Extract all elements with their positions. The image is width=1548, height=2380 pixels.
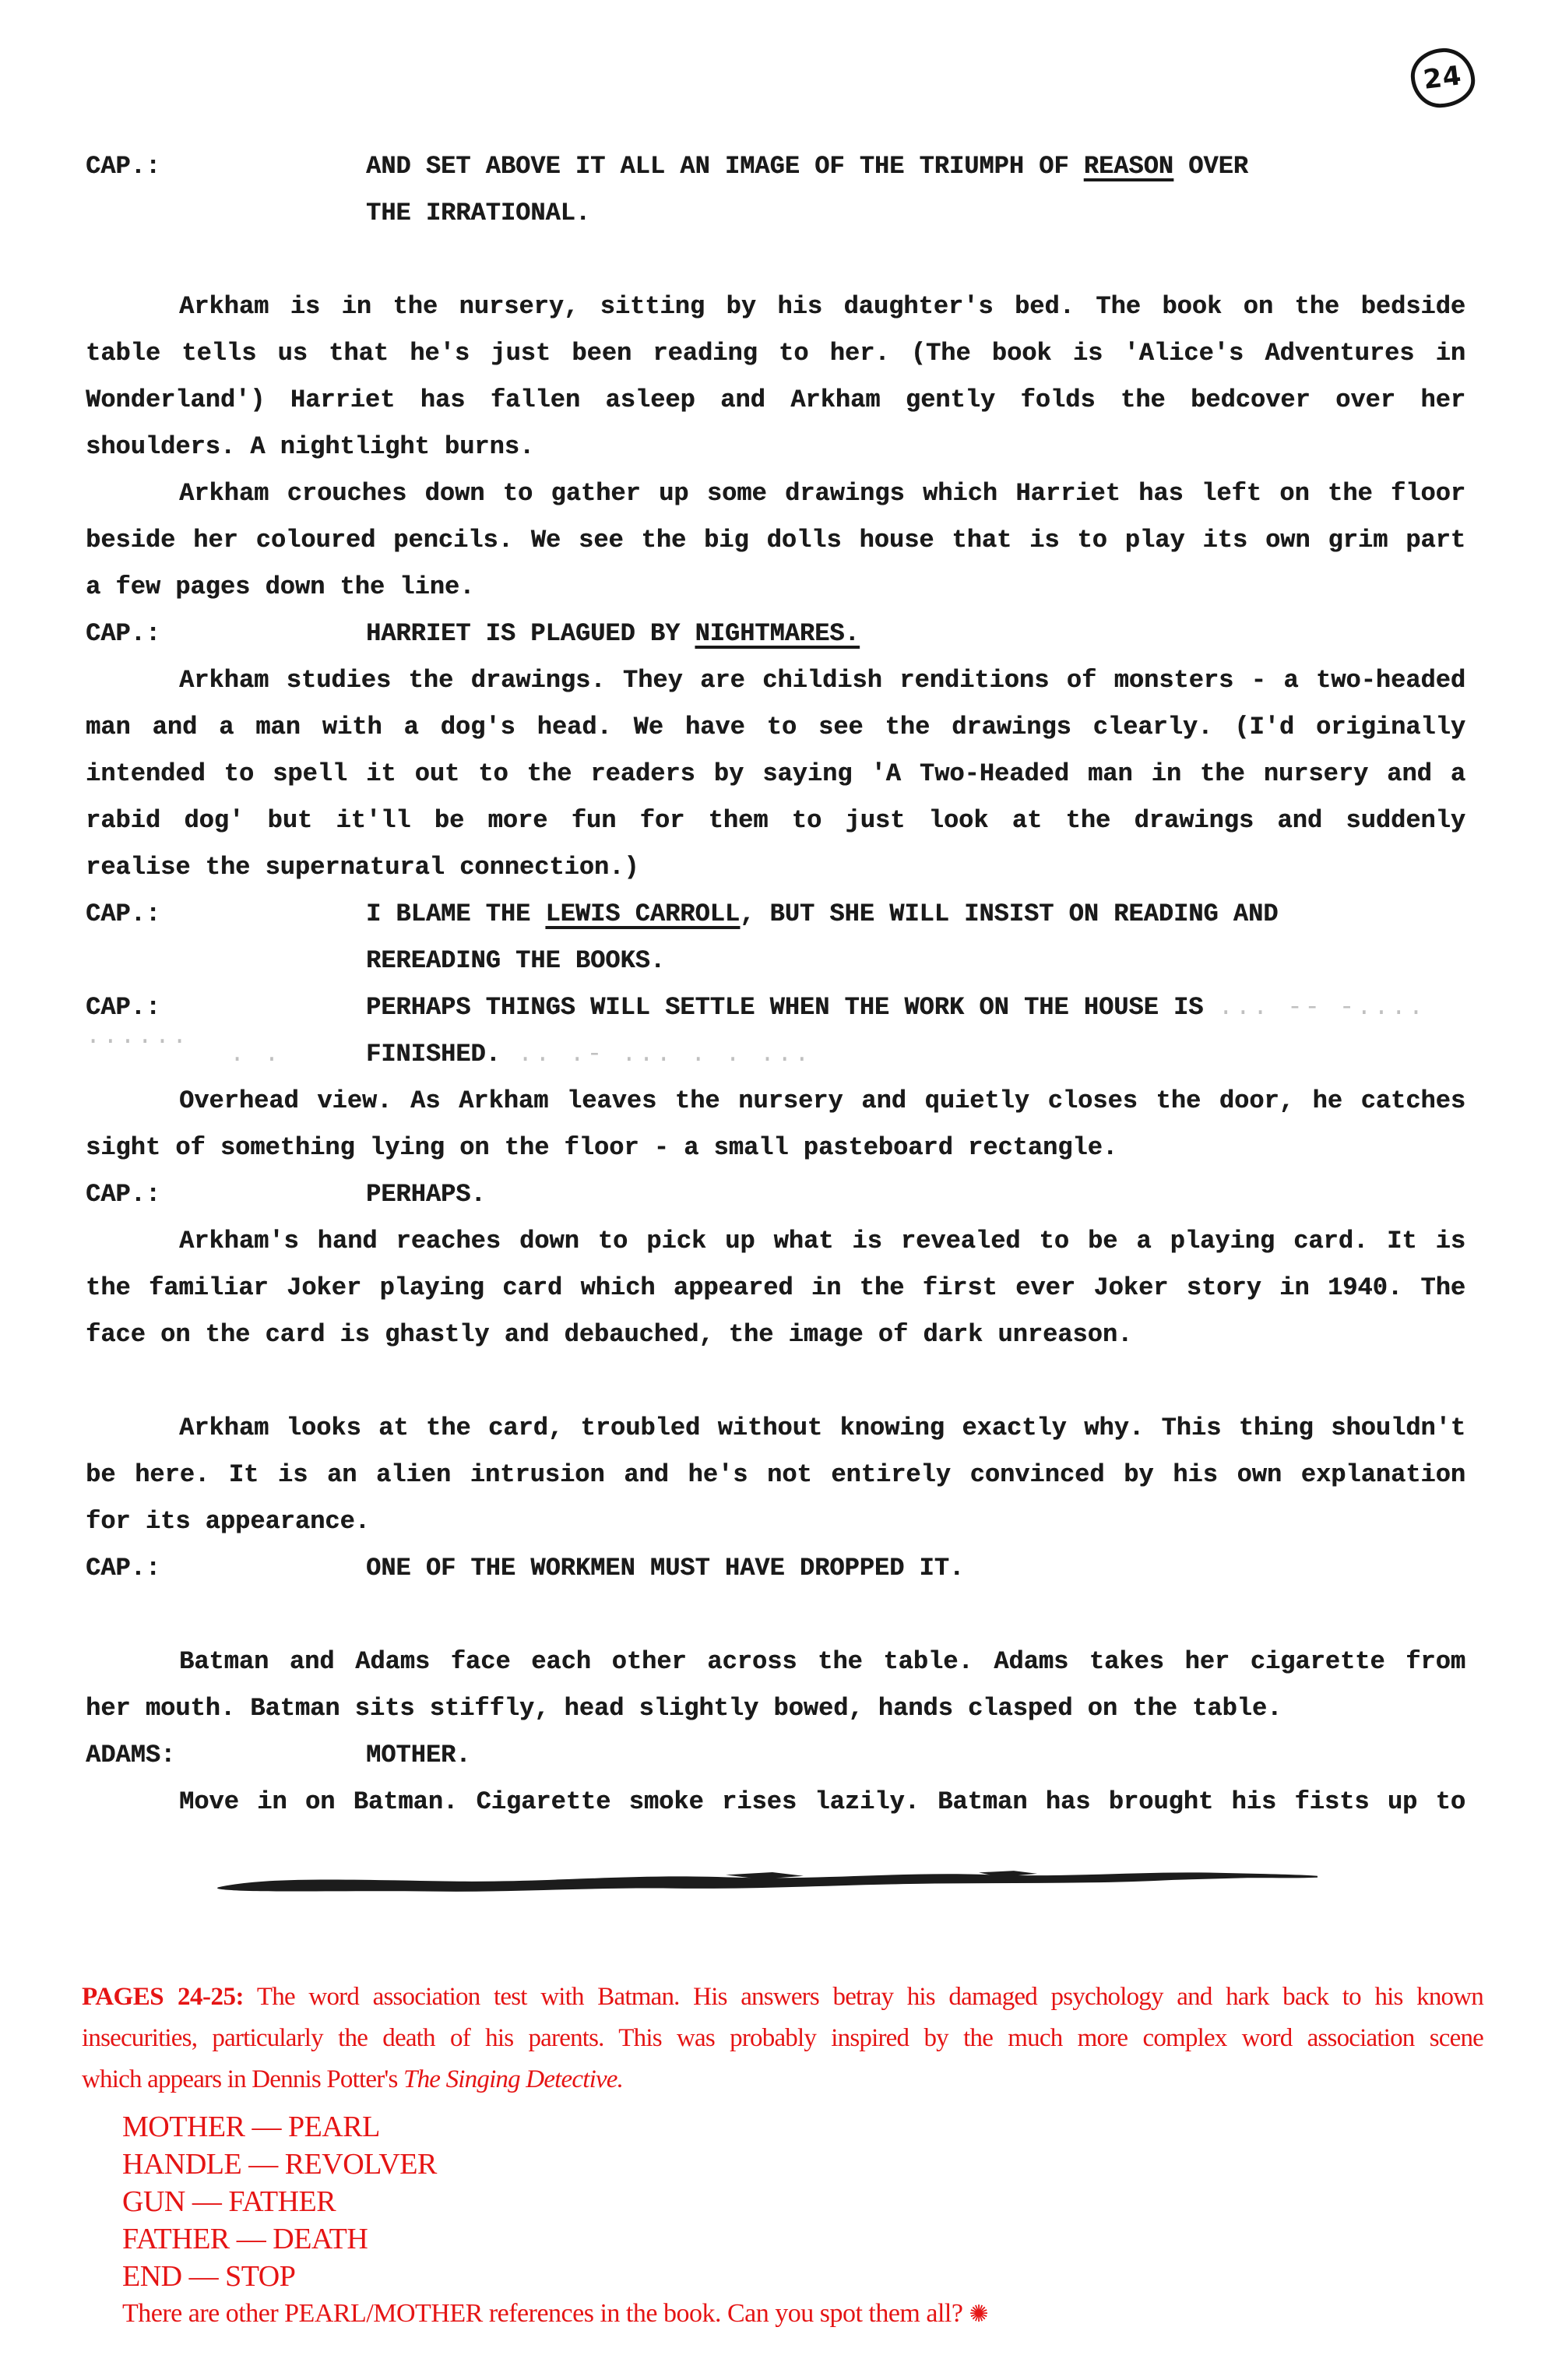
speaker-label: CAP.: (86, 993, 160, 1022)
script-line: Arkham's hand reaches down to pick up wh… (86, 1227, 1465, 1273)
script-line: CAP.:ONE OF THE WORKMEN MUST HAVE DROPPE… (86, 1554, 1465, 1600)
text-segment: OVER (1173, 152, 1248, 181)
text-segment: face on the card is ghastly and debauche… (86, 1320, 1132, 1349)
script-line: her mouth. Batman sits stiffly, head sli… (86, 1694, 1465, 1741)
annotation-text: insecurities, particularly the death of … (82, 2024, 1483, 2052)
script-line: THE IRRATIONAL. (86, 199, 1465, 245)
line-text: realise the supernatural connection.) (86, 853, 639, 882)
text-segment: be here. It is an alien intrusion and he… (86, 1460, 1465, 1489)
text-segment: Move in on Batman. Cigarette smoke rises… (179, 1787, 1465, 1816)
footer-text: There are other PEARL/MOTHER references … (122, 2299, 969, 2328)
line-text: be here. It is an alien intrusion and he… (86, 1460, 1465, 1489)
script-line: Batman and Adams face each other across … (86, 1647, 1465, 1694)
script-line: face on the card is ghastly and debauche… (86, 1320, 1465, 1367)
line-text: shoulders. A nightlight burns. (86, 432, 534, 461)
ghost-marks: .. .- ... . . ... (501, 1040, 812, 1069)
annotation-text: The word association test with Batman. H… (244, 1983, 1483, 2011)
line-text: AND SET ABOVE IT ALL AN IMAGE OF THE TRI… (366, 152, 1248, 181)
text-segment: rabid dog' but it'll be more fun for the… (86, 806, 1465, 835)
text-segment: AND SET ABOVE IT ALL AN IMAGE OF THE TRI… (366, 152, 1084, 181)
script-line: be here. It is an alien intrusion and he… (86, 1460, 1465, 1507)
line-text: Overhead view. As Arkham leaves the nurs… (179, 1086, 1465, 1115)
annotation-line: insecurities, particularly the death of … (82, 2018, 1483, 2059)
script-line: shoulders. A nightlight burns. (86, 432, 1465, 479)
work-title-italic: The Singing Detective. (403, 2065, 623, 2093)
underlined-text: REASON (1084, 152, 1173, 181)
line-text: Arkham looks at the card, troubled witho… (179, 1414, 1465, 1442)
line-text: ONE OF THE WORKMEN MUST HAVE DROPPED IT. (366, 1554, 964, 1583)
speaker-label: CAP.: (86, 619, 160, 648)
text-segment: , BUT SHE WILL INSIST ON READING AND (740, 900, 1278, 928)
line-text: I BLAME THE LEWIS CARROLL, BUT SHE WILL … (366, 900, 1278, 928)
text-segment: man and a man with a dog's head. We have… (86, 713, 1465, 741)
hand-drawn-divider-stroke (212, 1860, 1325, 1903)
line-text: her mouth. Batman sits stiffly, head sli… (86, 1694, 1282, 1723)
annotation-paragraph: PAGES 24-25: The word association test w… (82, 1977, 1483, 2100)
script-line: CAP.:I BLAME THE LEWIS CARROLL, BUT SHE … (86, 900, 1465, 946)
script-line: rabid dog' but it'll be more fun for the… (86, 806, 1465, 853)
speaker-label: CAP.: (86, 900, 160, 928)
speaker-label: CAP.: (86, 1180, 160, 1209)
text-segment: Arkham looks at the card, troubled witho… (179, 1414, 1465, 1442)
text-segment: MOTHER. (366, 1741, 470, 1769)
script-line: Overhead view. As Arkham leaves the nurs… (86, 1086, 1465, 1133)
line-text: THE IRRATIONAL. (366, 199, 590, 227)
text-segment: HARRIET IS PLAGUED BY (366, 619, 695, 648)
word-association-pair: END — STOP (122, 2258, 1483, 2295)
text-segment: Arkham crouches down to gather up some d… (179, 479, 1465, 508)
word-association-pair: GUN — FATHER (122, 2183, 1483, 2220)
line-text: a few pages down the line. (86, 572, 474, 601)
line-text: Arkham is in the nursery, sitting by his… (179, 292, 1465, 321)
script-line: ADAMS:MOTHER. (86, 1741, 1465, 1787)
line-text: table tells us that he's just been readi… (86, 339, 1465, 368)
line-text: REREADING THE BOOKS. (366, 946, 665, 975)
annotation-text: which appears in Dennis Potter's (82, 2065, 403, 2093)
line-text: HARRIET IS PLAGUED BY NIGHTMARES. (366, 619, 860, 648)
flower-glyph-icon: ✺ (969, 2301, 988, 2328)
line-text: for its appearance. (86, 1507, 370, 1536)
text-segment: Batman and Adams face each other across … (179, 1647, 1465, 1676)
line-text: face on the card is ghastly and debauche… (86, 1320, 1132, 1349)
script-line: CAP.:PERHAPS. (86, 1180, 1465, 1227)
text-segment: Arkham's hand reaches down to pick up wh… (179, 1227, 1465, 1255)
text-segment: ONE OF THE WORKMEN MUST HAVE DROPPED IT. (366, 1554, 964, 1583)
underlined-text: LEWIS CARROLL (545, 900, 740, 928)
line-text: MOTHER. (366, 1741, 470, 1769)
script-line: realise the supernatural connection.) (86, 853, 1465, 900)
speaker-label: CAP.: (86, 1554, 160, 1583)
speaker-label: CAP.: (86, 152, 160, 181)
annotation-line: PAGES 24-25: The word association test w… (82, 1977, 1483, 2018)
script-line: table tells us that he's just been readi… (86, 339, 1465, 386)
script-line: man and a man with a dog's head. We have… (86, 713, 1465, 759)
line-text: Wonderland') Harriet has fallen asleep a… (86, 386, 1465, 414)
script-line: Arkham studies the drawings. They are ch… (86, 666, 1465, 713)
annotation-line: which appears in Dennis Potter's The Sin… (82, 2059, 1483, 2100)
text-segment: for its appearance. (86, 1507, 370, 1536)
underlined-text: NIGHTMARES. (695, 619, 859, 648)
text-segment: Wonderland') Harriet has fallen asleep a… (86, 386, 1465, 414)
line-text: beside her coloured pencils. We see the … (86, 526, 1465, 555)
script-line: CAP.:HARRIET IS PLAGUED BY NIGHTMARES. (86, 619, 1465, 666)
script-line: CAP.:AND SET ABOVE IT ALL AN IMAGE OF TH… (86, 152, 1465, 199)
line-text: Arkham's hand reaches down to pick up wh… (179, 1227, 1465, 1255)
script-line: Arkham looks at the card, troubled witho… (86, 1414, 1465, 1460)
script-line: Wonderland') Harriet has fallen asleep a… (86, 386, 1465, 432)
text-segment: shoulders. A nightlight burns. (86, 432, 534, 461)
speaker-label: ADAMS: (86, 1741, 175, 1769)
script-line: CAP.:PERHAPS THINGS WILL SETTLE WHEN THE… (86, 993, 1465, 1040)
text-segment: PERHAPS THINGS WILL SETTLE WHEN THE WORK… (366, 993, 1219, 1022)
script-line: sight of something lying on the floor - … (86, 1133, 1465, 1180)
line-text: Move in on Batman. Cigarette smoke rises… (179, 1787, 1465, 1816)
script-line: the familiar Joker playing card which ap… (86, 1273, 1465, 1320)
text-segment: PERHAPS. (366, 1180, 486, 1209)
line-text: FINISHED. .. .- ... . . ... (366, 1040, 811, 1069)
script-line: intended to spell it out to the readers … (86, 759, 1465, 806)
page-number: 24 (1422, 60, 1464, 96)
script-line: Arkham crouches down to gather up some d… (86, 479, 1465, 526)
text-segment: intended to spell it out to the readers … (86, 759, 1465, 788)
text-segment: FINISHED. (366, 1040, 501, 1069)
text-segment: Arkham studies the drawings. They are ch… (179, 666, 1465, 695)
line-text: Batman and Adams face each other across … (179, 1647, 1465, 1676)
handwritten-page-number-circle: 24 (1409, 47, 1476, 109)
line-text: sight of something lying on the floor - … (86, 1133, 1117, 1162)
text-segment: Arkham is in the nursery, sitting by his… (179, 292, 1465, 321)
script-line: Move in on Batman. Cigarette smoke rises… (86, 1787, 1465, 1834)
script-line: REREADING THE BOOKS. (86, 946, 1465, 993)
text-segment: realise the supernatural connection.) (86, 853, 639, 882)
line-text: Arkham studies the drawings. They are ch… (179, 666, 1465, 695)
line-text: the familiar Joker playing card which ap… (86, 1273, 1465, 1302)
script-line: beside her coloured pencils. We see the … (86, 526, 1465, 572)
word-association-pair: HANDLE — REVOLVER (122, 2146, 1483, 2183)
text-segment: a few pages down the line. (86, 572, 474, 601)
script-line: Arkham is in the nursery, sitting by his… (86, 292, 1465, 339)
text-segment: sight of something lying on the floor - … (86, 1133, 1117, 1162)
script-line: for its appearance. (86, 1507, 1465, 1554)
script-line: a few pages down the line. (86, 572, 1465, 619)
editor-annotation-block: PAGES 24-25: The word association test w… (82, 1977, 1483, 2332)
word-association-pair: MOTHER — PEARL (122, 2108, 1483, 2146)
text-segment: REREADING THE BOOKS. (366, 946, 665, 975)
word-association-pair: FATHER — DEATH (122, 2220, 1483, 2258)
text-segment: THE IRRATIONAL. (366, 199, 590, 227)
annotation-heading: PAGES 24-25: (82, 1983, 244, 2011)
script-page: 24 CAP.:AND SET ABOVE IT ALL AN IMAGE OF… (0, 0, 1548, 2380)
text-segment: I BLAME THE (366, 900, 545, 928)
line-text: rabid dog' but it'll be more fun for the… (86, 806, 1465, 835)
line-text: man and a man with a dog's head. We have… (86, 713, 1465, 741)
line-text: Arkham crouches down to gather up some d… (179, 479, 1465, 508)
text-segment: her mouth. Batman sits stiffly, head sli… (86, 1694, 1282, 1723)
blank-line (86, 245, 1465, 292)
script-body: CAP.:AND SET ABOVE IT ALL AN IMAGE OF TH… (86, 152, 1465, 1834)
text-segment: the familiar Joker playing card which ap… (86, 1273, 1465, 1302)
script-line: . .FINISHED. .. .- ... . . ... (86, 1040, 1465, 1086)
text-segment: Overhead view. As Arkham leaves the nurs… (179, 1086, 1465, 1115)
text-segment: table tells us that he's just been readi… (86, 339, 1465, 368)
line-text: intended to spell it out to the readers … (86, 759, 1465, 788)
blank-line (86, 1600, 1465, 1647)
word-association-list: MOTHER — PEARLHANDLE — REVOLVERGUN — FAT… (82, 2108, 1483, 2295)
text-segment: beside her coloured pencils. We see the … (86, 526, 1465, 555)
blank-line (86, 1367, 1465, 1414)
annotation-footer: There are other PEARL/MOTHER references … (82, 2295, 1483, 2332)
line-text: PERHAPS. (366, 1180, 486, 1209)
